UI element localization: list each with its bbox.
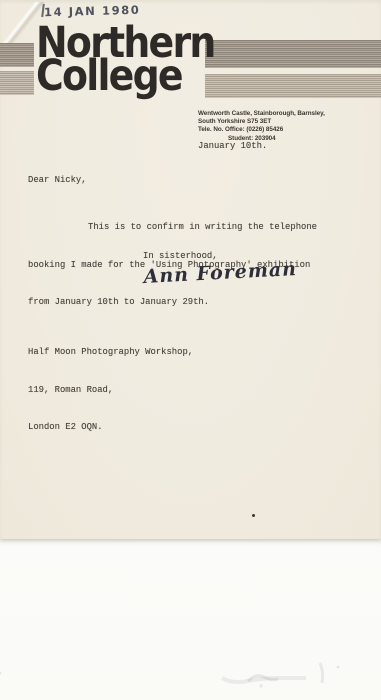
recipient-address-line: London E2 OQN. [28, 421, 193, 434]
recipient-address-line: Half Moon Photography Workshop, [28, 346, 193, 359]
letterhead-stripe-left-top [0, 43, 34, 67]
body-line: This is to confirm in writing the teleph… [28, 221, 317, 234]
letterhead-stripe-left-bottom [0, 71, 34, 95]
ink-speck [252, 514, 255, 517]
recipient-address: Half Moon Photography Workshop, 119, Rom… [28, 321, 193, 459]
signature: Ann Foreman [140, 257, 300, 295]
scanned-letter: 14 JAN 1980 Northern College Wentworth C… [0, 0, 381, 700]
signature-text: Ann Foreman [141, 258, 297, 288]
letterhead-address: Wentworth Castle, Stainborough, Barnsley… [198, 110, 325, 143]
body-line: from January 10th to January 29th. [28, 296, 317, 309]
letterhead-address-line: Wentworth Castle, Stainborough, Barnsley… [198, 110, 325, 118]
letterhead-address-line: Tele. No. Office: (0226) 85426 [198, 126, 325, 134]
letter-date: January 10th. [198, 140, 267, 153]
salutation: Dear Nicky, [28, 174, 87, 187]
date-received-stamp: 14 JAN 1980 [44, 3, 141, 20]
pencil-smudge [0, 653, 381, 700]
backing-sheet [0, 538, 381, 700]
college-logo: Northern College [36, 27, 239, 93]
letterhead-address-line: South Yorkshire S75 3ET [198, 118, 325, 126]
recipient-address-line: 119, Roman Road, [28, 384, 193, 397]
letter-paper: 14 JAN 1980 Northern College Wentworth C… [0, 0, 381, 539]
logo-line-2: College [36, 60, 182, 93]
